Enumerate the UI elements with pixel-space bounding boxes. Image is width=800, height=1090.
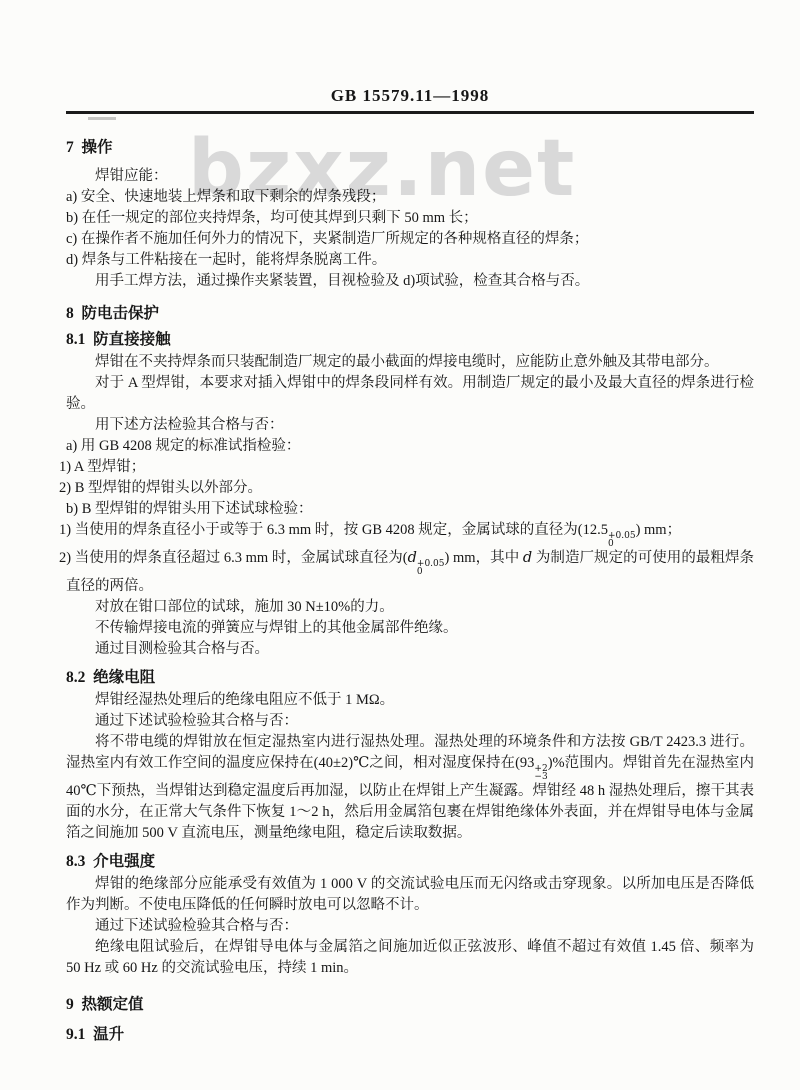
variable-d: d [523,550,532,566]
paragraph-with-tolerance: 将不带电缆的焊钳放在恒定湿热室内进行湿热处理。湿热处理的环境条件和方法按 GB/… [66,732,754,844]
scanned-standard-page: bzxz.net GB 15579.11—1998 7 操作 焊钳应能： a) … [0,0,800,1090]
text-segment: 2) 当使用的焊条直径超过 6.3 mm 时，金属试球直径为( [59,550,408,566]
text-segment: ) mm； [636,522,682,538]
list-item-c: c) 在操作者不施加任何外力的情况下，夹紧制造厂所规定的各种规格直径的焊条； [66,229,754,250]
list-item-a: a) 用 GB 4208 规定的标准试指检验： [66,436,754,457]
text-segment: ) mm，其中 [445,550,523,566]
tolerance-lower: −3 [534,773,547,781]
section-8-1-title: 8.1 防直接接触 [66,330,754,350]
list-item-b: b) B 型焊钳的焊钳头用下述试球检验： [66,499,754,520]
sub-item-1-with-tolerance: 1) 当使用的焊条直径小于或等于 6.3 mm 时，按 GB 4208 规定，金… [66,520,754,548]
paragraph: 焊钳的绝缘部分应能承受有效值为 1 000 V 的交流试验电压而无闪络或击穿现象… [66,874,754,916]
paragraph: 对放在钳口部位的试球，施加 30 N±10%的力。 [66,597,754,618]
header-rule [66,111,754,114]
section-8-3-title: 8.3 介电强度 [66,852,754,872]
sub-item-2-with-tolerance: 2) 当使用的焊条直径超过 6.3 mm 时，金属试球直径为(d+0.050) … [66,548,754,597]
section-9-1-title: 9.1 温升 [66,1025,754,1045]
paragraph: 焊钳在不夹持焊条而只装配制造厂规定的最小截面的焊接电缆时，应能防止意外触及其带电… [66,352,754,373]
paragraph: 通过下述试验检验其合格与否： [66,711,754,732]
tolerance-lower: 0 [608,540,614,548]
sub-item-2: 2) B 型焊钳的焊钳头以外部分。 [66,478,754,499]
paragraph: 不传输焊接电流的弹簧应与焊钳上的其他金属部件绝缘。 [66,618,754,639]
tolerance-lower: 0 [417,568,423,576]
list-item-d: d) 焊条与工件粘接在一起时，能将焊条脱离工件。 [66,250,754,271]
tolerance-stack: +0.050 [608,532,636,548]
list-item-a: a) 安全、快速地装上焊条和取下剩余的焊条残段； [66,187,754,208]
paragraph: 焊钳经湿热处理后的绝缘电阻应不低于 1 MΩ。 [66,690,754,711]
section-9-title: 9 热额定值 [66,995,754,1015]
variable-d: d [408,550,417,566]
tolerance-stack: +2−3 [534,765,547,781]
text-segment: 1) 当使用的焊条直径小于或等于 6.3 mm 时，按 GB 4208 规定，金… [59,522,608,538]
paragraph: 用下述方法检验其合格与否： [66,415,754,436]
paragraph: 通过目测检验其合格与否。 [66,639,754,660]
list-item-b: b) 在任一规定的部位夹持焊条，均可使其焊到只剩下 50 mm 长； [66,208,754,229]
page-content: GB 15579.11—1998 7 操作 焊钳应能： a) 安全、快速地装上焊… [0,0,800,1045]
section-7-intro: 焊钳应能： [66,166,754,187]
paragraph: 通过下述试验检验其合格与否： [66,916,754,937]
section-7-title: 7 操作 [66,138,754,158]
sub-item-1: 1) A 型焊钳； [66,457,754,478]
paragraph: 绝缘电阻试验后，在焊钳导电体与金属箔之间施加近似正弦波形、峰值不超过有效值 1.… [66,937,754,979]
section-8-title: 8 防电击保护 [66,304,754,324]
standard-number-header: GB 15579.11—1998 [66,86,754,106]
tolerance-stack: +0.050 [417,560,445,576]
section-8-2-title: 8.2 绝缘电阻 [66,668,754,688]
paragraph: 对于 A 型焊钳，本要求对插入焊钳中的焊条段同样有效。用制造厂规定的最小及最大直… [66,373,754,415]
section-7-note: 用手工焊方法，通过操作夹紧装置，目视检验及 d)项试验，检查其合格与否。 [66,271,754,292]
